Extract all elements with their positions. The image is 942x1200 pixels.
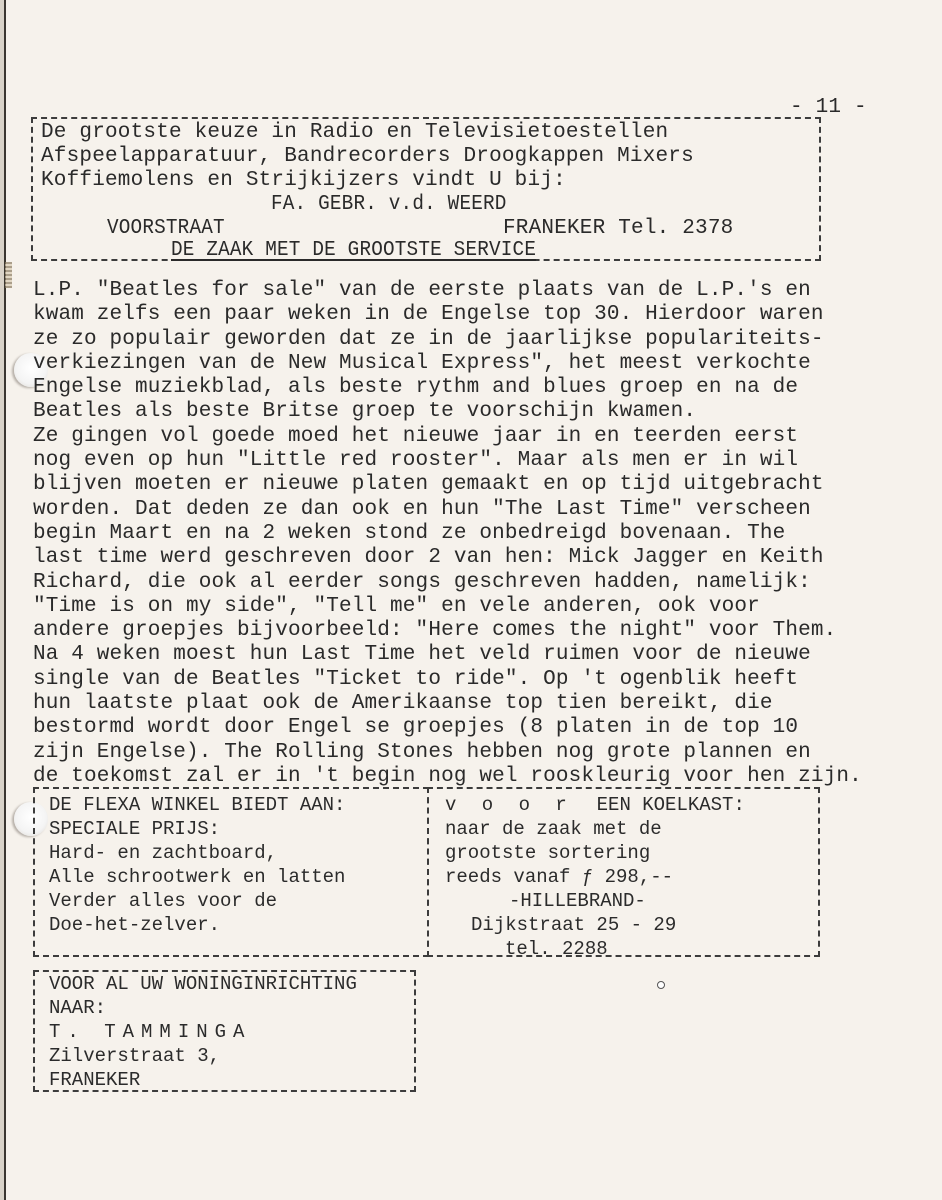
- ad-street: VOORSTRAAT: [107, 217, 225, 241]
- article-line: blijven moeten er nieuwe platen gemaakt …: [33, 473, 862, 497]
- ad-line: Koffiemolens en Strijkijzers vindt U bij…: [41, 169, 566, 193]
- paper-speck: [657, 981, 665, 989]
- ad-city-phone: FRANEKER Tel. 2378: [503, 217, 733, 241]
- ad-box-koelkast: v o o r EEN KOELKAST: naar de zaak met d…: [427, 787, 820, 957]
- article-line: Ze gingen vol goede moed het nieuwe jaar…: [33, 425, 862, 449]
- ad-line: Hard- en zachtboard,: [49, 841, 345, 865]
- article-line: last time werd geschreven door 2 van hen…: [33, 546, 862, 570]
- article-line: Beatles als beste Britse groep te voorsc…: [33, 400, 862, 424]
- staple-mark: [5, 262, 12, 288]
- ad-line: Doe-het-zelver.: [49, 913, 345, 937]
- ad-slogan: DE ZAAK MET DE GROOTSTE SERVICE: [171, 239, 536, 263]
- article-line: zijn Engelse). The Rolling Stones hebben…: [33, 741, 862, 765]
- ad-city: FRANEKER: [49, 1068, 357, 1092]
- ad-line: reeds vanaf ƒ 298,--: [445, 865, 745, 889]
- page-edge: [4, 0, 6, 1200]
- article-line: ze zo populair geworden dat ze in de jaa…: [33, 328, 862, 352]
- article-line: Na 4 weken moest hun Last Time het veld …: [33, 643, 862, 667]
- ad-box-tamminga: VOOR AL UW WONINGINRICHTING NAAR: T. TAM…: [33, 970, 416, 1092]
- ad-phone: tel. 2288: [505, 937, 745, 961]
- ad-company-name: FA. GEBR. v.d. WEERD: [271, 193, 507, 217]
- article-line: bestormd wordt door Engel se groepjes (8…: [33, 716, 862, 740]
- ad-company-name: T. TAMMINGA: [49, 1020, 357, 1044]
- ad-line: naar de zaak met de: [445, 817, 745, 841]
- ad-line: Verder alles voor de: [49, 889, 345, 913]
- article-line: de toekomst zal er in 't begin nog wel r…: [33, 765, 862, 789]
- ad-line: grootste sortering: [445, 841, 745, 865]
- article-line: Engelse muziekblad, als beste rythm and …: [33, 376, 862, 400]
- ad-line: SPECIALE PRIJS:: [49, 817, 345, 841]
- article-line: worden. Dat deden ze dan ook en hun "The…: [33, 498, 862, 522]
- ad-address: Dijkstraat 25 - 29: [471, 913, 745, 937]
- ad-box-flexa: DE FLEXA WINKEL BIEDT AAN: SPECIALE PRIJ…: [33, 787, 429, 957]
- article-line: single van de Beatles "Ticket to ride". …: [33, 668, 862, 692]
- article-line: hun laatste plaat ook de Amerikaanse top…: [33, 692, 862, 716]
- ad-street: Zilverstraat 3,: [49, 1044, 357, 1068]
- ad-heading: v o o r EEN KOELKAST:: [445, 793, 745, 817]
- ad-company-name: -HILLEBRAND-: [509, 889, 745, 913]
- article-line: begin Maart en na 2 weken stond ze onbed…: [33, 522, 862, 546]
- article-line: andere groepjes bijvoorbeeld: "Here come…: [33, 619, 862, 643]
- ad-line: DE FLEXA WINKEL BIEDT AAN:: [49, 793, 345, 817]
- ad-line: VOOR AL UW WONINGINRICHTING: [49, 972, 357, 996]
- ad-line: NAAR:: [49, 996, 357, 1020]
- article-line: verkiezingen van de New Musical Express"…: [33, 352, 862, 376]
- article-body: L.P. "Beatles for sale" van de eerste pl…: [33, 279, 862, 789]
- article-line: L.P. "Beatles for sale" van de eerste pl…: [33, 279, 862, 303]
- article-line: Richard, die ook al eerder songs geschre…: [33, 571, 862, 595]
- ad-heading-text: EEN KOELKAST:: [597, 794, 745, 816]
- article-line: "Time is on my side", "Tell me" en vele …: [33, 595, 862, 619]
- article-line: nog even op hun "Little red rooster". Ma…: [33, 449, 862, 473]
- ad-line: Alle schrootwerk en latten: [49, 865, 345, 889]
- ad-line: Afspeelapparatuur, Bandrecorders Droogka…: [41, 145, 694, 169]
- ad-box-radio-televisie: De grootste keuze in Radio en Televisiet…: [31, 117, 821, 261]
- ad-line: De grootste keuze in Radio en Televisiet…: [41, 121, 668, 145]
- article-line: kwam zelfs een paar weken in de Engelse …: [33, 303, 862, 327]
- ad-heading-spaced: v o o r: [445, 794, 574, 816]
